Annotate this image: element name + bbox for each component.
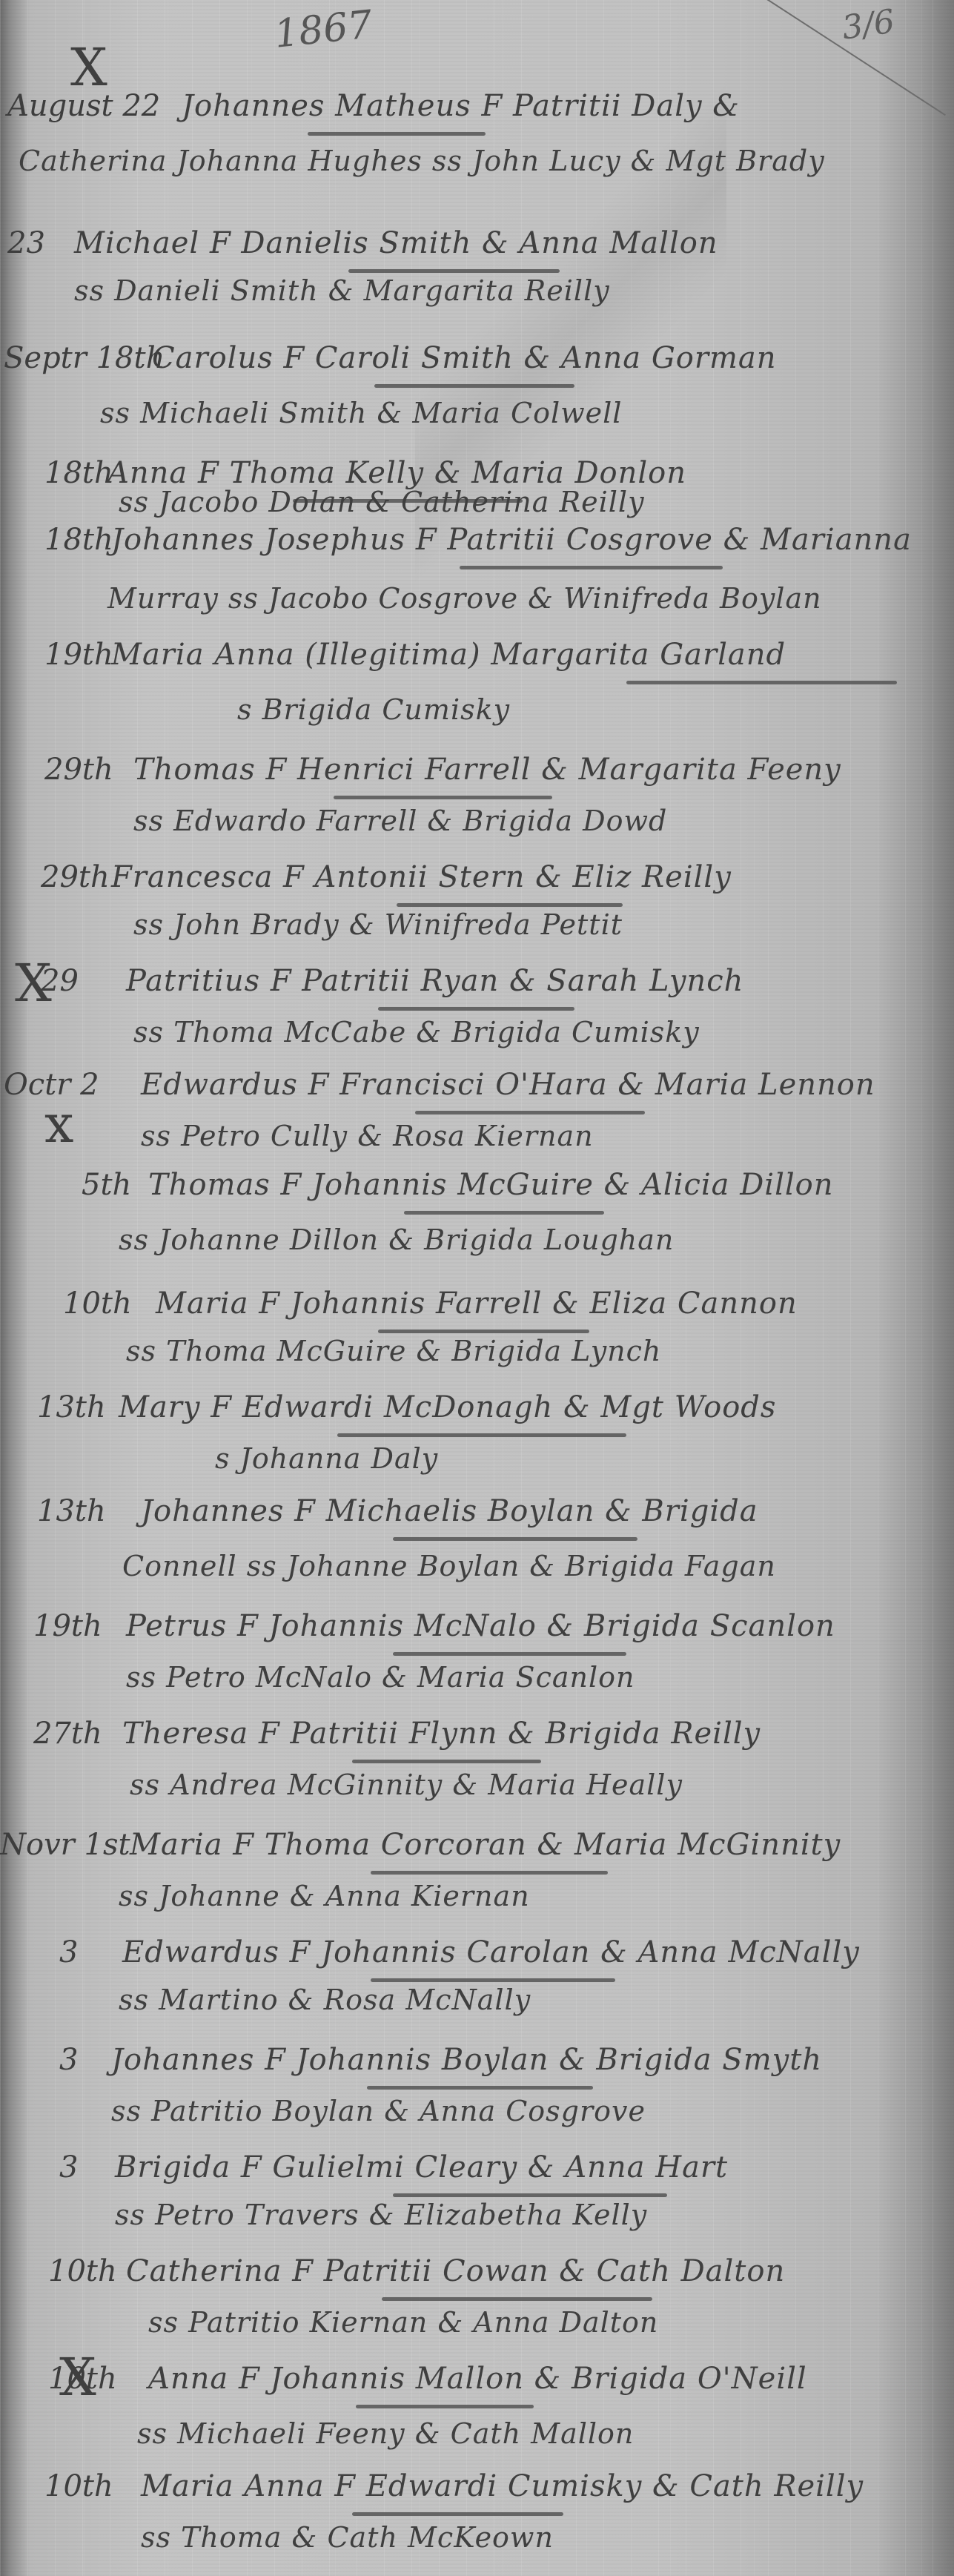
sponsor-line: s Brigida Cumisky [0,693,954,747]
sponsors-text: ss Edwardo Farrell & Brigida Dowd [133,805,667,837]
surname-underline [404,1211,604,1215]
entry-date: 10th [48,2254,117,2288]
sponsors-text: ss Patritio Kiernan & Anna Dalton [148,2306,658,2339]
baptism-entry: 29thThomas F Henrici Farrell & Margarita… [0,753,954,806]
entry-date: 10th [63,1287,132,1321]
entry-date: 27th [33,1717,102,1751]
sponsor-line: ss Michaeli Feeny & Cath Mallon [0,2417,954,2471]
surname-underline [308,132,486,136]
surname-underline [460,566,723,569]
sponsors-text: Murray ss Jacobo Cosgrove & Winifreda Bo… [107,582,822,615]
sponsors-text: Catherina Johanna Hughes ss John Lucy & … [19,145,825,177]
sponsors-text: ss Danieli Smith & Margarita Reilly [74,274,610,307]
entry-date: 13th [37,1390,106,1424]
baptism-entry: 18thJohannes Josephus F Patritii Cosgrov… [0,523,954,576]
baptism-entry: 10thMaria F Johannis Farrell & Eliza Can… [0,1287,954,1340]
sponsors-text: ss Michaeli Smith & Maria Colwell [100,397,622,429]
sponsor-line: ss Andrea McGinnity & Maria Heally [0,1768,954,1822]
entry-text: Johannes F Johannis Boylan & Brigida Smy… [111,2043,822,2077]
sponsors-text: ss Johanne Dillon & Brigida Loughan [119,1223,674,1256]
sponsors-text: Connell ss Johanne Boylan & Brigida Faga… [122,1550,776,1582]
folio-number: 3/6 [840,2,897,47]
entry-date: Septr 18th [4,341,165,375]
entry-text: Edwardus F Johannis Carolan & Anna McNal… [122,1935,860,1969]
entry-date: 18th [44,523,113,557]
baptism-entry: Septr 18thCarolus F Caroli Smith & Anna … [0,341,954,394]
sponsor-line: ss Patritio Kiernan & Anna Dalton [0,2306,954,2359]
entry-date: Novr 1st [0,1828,130,1862]
sponsors-text: ss Petro Travers & Elizabetha Kelly [115,2199,647,2231]
sponsors-text: ss Johanne & Anna Kiernan [119,1880,530,1912]
baptism-entry: Novr 1stMaria F Thoma Corcoran & Maria M… [0,1828,954,1881]
entry-text: Catherina F Patritii Cowan & Cath Dalton [126,2254,785,2288]
entry-text: Patritius F Patritii Ryan & Sarah Lynch [126,964,743,998]
entry-text: Francesca F Antonii Stern & Eliz Reilly [111,860,732,894]
entry-date: 5th [82,1168,131,1202]
entry-date: 10th [44,2469,113,2503]
page-year: 1867 [272,2,374,57]
baptism-entry: 10thMaria Anna F Edwardi Cumisky & Cath … [0,2469,954,2523]
baptism-entry: 5thThomas F Johannis McGuire & Alicia Di… [0,1168,954,1221]
entry-text: Mary F Edwardi McDonagh & Mgt Woods [119,1390,776,1424]
sponsors-text: s Johanna Daly [215,1442,438,1475]
sponsors-text: ss Thoma McGuire & Brigida Lynch [126,1335,661,1367]
sponsor-line: ss Michaeli Smith & Maria Colwell [0,397,954,450]
surname-underline [371,1978,615,1982]
entry-date: 3 [59,2043,78,2077]
sponsors-text: ss Thoma McCabe & Brigida Cumisky [133,1016,700,1048]
surname-underline [334,796,552,799]
entry-text: Thomas F Henrici Farrell & Margarita Fee… [133,753,841,787]
sponsor-line: ss Thoma & Cath McKeown [0,2521,954,2575]
surname-underline [371,1871,608,1875]
sponsor-line: ss Thoma McGuire & Brigida Lynch [0,1335,954,1388]
sponsors-text: ss Jacobo Dolan & Catherina Reilly [119,486,645,518]
surname-underline [393,2193,667,2197]
entry-date: 3 [59,1935,78,1969]
sponsors-text: s Brigida Cumisky [237,693,510,726]
surname-underline [367,2086,593,2090]
entry-text: Petrus F Johannis McNalo & Brigida Scanl… [126,1609,835,1643]
sponsor-line: ss Edwardo Farrell & Brigida Dowd [0,805,954,858]
sponsor-line: ss Johanne Dillon & Brigida Loughan [0,1223,954,1277]
entry-text: Maria Anna F Edwardi Cumisky & Cath Reil… [141,2469,864,2503]
surname-underline [352,2512,563,2516]
surname-underline [397,903,623,907]
surname-underline [393,1652,626,1656]
sponsors-text: ss Michaeli Feeny & Cath Mallon [137,2417,634,2450]
margin-cross-mark-icon: X [15,953,52,1014]
baptism-entry: 10thCatherina F Patritii Cowan & Cath Da… [0,2254,954,2308]
surname-underline [378,1330,589,1333]
sponsor-line: ss Martino & Rosa McNally [0,1984,954,2037]
sponsor-line: ss John Brady & Winifreda Pettit [0,908,954,962]
sponsor-line: ss Patritio Boylan & Anna Cosgrove [0,2095,954,2148]
entry-text: Maria F Thoma Corcoran & Maria McGinnity [130,1828,841,1862]
baptism-entry: 19thMaria Anna (Illegitima) Margarita Ga… [0,638,954,691]
margin-cross-mark-icon: X [59,2347,96,2408]
entry-date: 23 [7,226,45,260]
entry-date: 13th [37,1494,106,1528]
baptism-entry: 10thAnna F Johannis Mallon & Brigida O'N… [0,2362,954,2415]
entry-text: Johannes Matheus F Patritii Daly & [182,89,740,123]
baptism-entry: 13thJohannes F Michaelis Boylan & Brigid… [0,1494,954,1548]
baptism-entry: Octr 2Edwardus F Francisci O'Hara & Mari… [0,1068,954,1121]
entry-date: 19th [44,638,113,672]
sponsor-line: Catherina Johanna Hughes ss John Lucy & … [0,145,954,198]
baptism-entry: 3Johannes F Johannis Boylan & Brigida Sm… [0,2043,954,2096]
surname-underline [352,1760,541,1763]
entry-date: 29th [44,753,113,787]
surname-underline [393,1537,637,1541]
surname-underline [626,681,897,684]
sponsor-line: ss Petro McNalo & Maria Scanlon [0,1661,954,1714]
baptism-entry: 23Michael F Danielis Smith & Anna Mallon [0,226,954,280]
baptism-entry: 29thFrancesca F Antonii Stern & Eliz Rei… [0,860,954,914]
entry-text: Anna F Johannis Mallon & Brigida O'Neill [148,2362,807,2396]
baptism-entry: 13thMary F Edwardi McDonagh & Mgt Woods [0,1390,954,1444]
surname-underline [374,384,574,388]
surname-underline [356,2405,534,2408]
entry-date: 19th [33,1609,102,1643]
entry-text: Thomas F Johannis McGuire & Alicia Dillo… [148,1168,834,1202]
sponsors-text: ss Thoma & Cath McKeown [141,2521,554,2554]
entry-date: 3 [59,2150,78,2184]
entry-text: Johannes Josephus F Patritii Cosgrove & … [111,523,912,557]
sponsor-line: Murray ss Jacobo Cosgrove & Winifreda Bo… [0,582,954,635]
baptism-entry: August 22Johannes Matheus F Patritii Dal… [0,89,954,142]
sponsors-text: ss Andrea McGinnity & Maria Heally [130,1768,683,1801]
sponsor-line: ss Thoma McCabe & Brigida Cumisky [0,1016,954,1069]
surname-underline [348,269,560,273]
baptism-entry: 3Edwardus F Johannis Carolan & Anna McNa… [0,1935,954,1989]
entry-text: Maria Anna (Illegitima) Margarita Garlan… [111,638,786,672]
register-page: 1867 3/6 August 22Johannes Matheus F Pat… [0,0,954,2576]
entry-text: Maria F Johannis Farrell & Eliza Cannon [156,1287,798,1321]
sponsor-line: ss Petro Travers & Elizabetha Kelly [0,2199,954,2252]
baptism-entry: 19thPetrus F Johannis McNalo & Brigida S… [0,1609,954,1662]
entry-text: Michael F Danielis Smith & Anna Mallon [74,226,718,260]
entry-text: Johannes F Michaelis Boylan & Brigida [141,1494,758,1528]
entry-text: Brigida F Gulielmi Cleary & Anna Hart [115,2150,728,2184]
surname-underline [382,2297,652,2301]
sponsor-line: ss Petro Cully & Rosa Kiernan [0,1120,954,1173]
entry-date: 29th [41,860,110,894]
surname-underline [415,1111,645,1114]
sponsor-line: ss Johanne & Anna Kiernan [0,1880,954,1933]
sponsors-text: ss Martino & Rosa McNally [119,1984,531,2016]
sponsors-text: ss John Brady & Winifreda Pettit [133,908,623,941]
baptism-entry: 3Brigida F Gulielmi Cleary & Anna Hart [0,2150,954,2204]
baptism-entry: 27thTheresa F Patritii Flynn & Brigida R… [0,1717,954,1770]
surname-underline [337,1433,626,1437]
entry-text: Theresa F Patritii Flynn & Brigida Reill… [122,1717,761,1751]
sponsors-text: ss Petro Cully & Rosa Kiernan [141,1120,594,1152]
entry-text: Carolus F Caroli Smith & Anna Gorman [152,341,777,375]
margin-cross-mark-icon: x [44,1094,73,1155]
sponsor-line: s Johanna Daly [0,1442,954,1496]
margin-cross-mark-icon: X [70,37,107,98]
entry-text: Edwardus F Francisci O'Hara & Maria Lenn… [141,1068,875,1102]
baptism-entry: 29Patritius F Patritii Ryan & Sarah Lync… [0,964,954,1017]
surname-underline [378,1007,574,1011]
sponsors-text: ss Patritio Boylan & Anna Cosgrove [111,2095,646,2127]
sponsor-line: Connell ss Johanne Boylan & Brigida Faga… [0,1550,954,1603]
sponsors-text: ss Petro McNalo & Maria Scanlon [126,1661,635,1694]
sponsor-line: ss Danieli Smith & Margarita Reilly [0,274,954,328]
